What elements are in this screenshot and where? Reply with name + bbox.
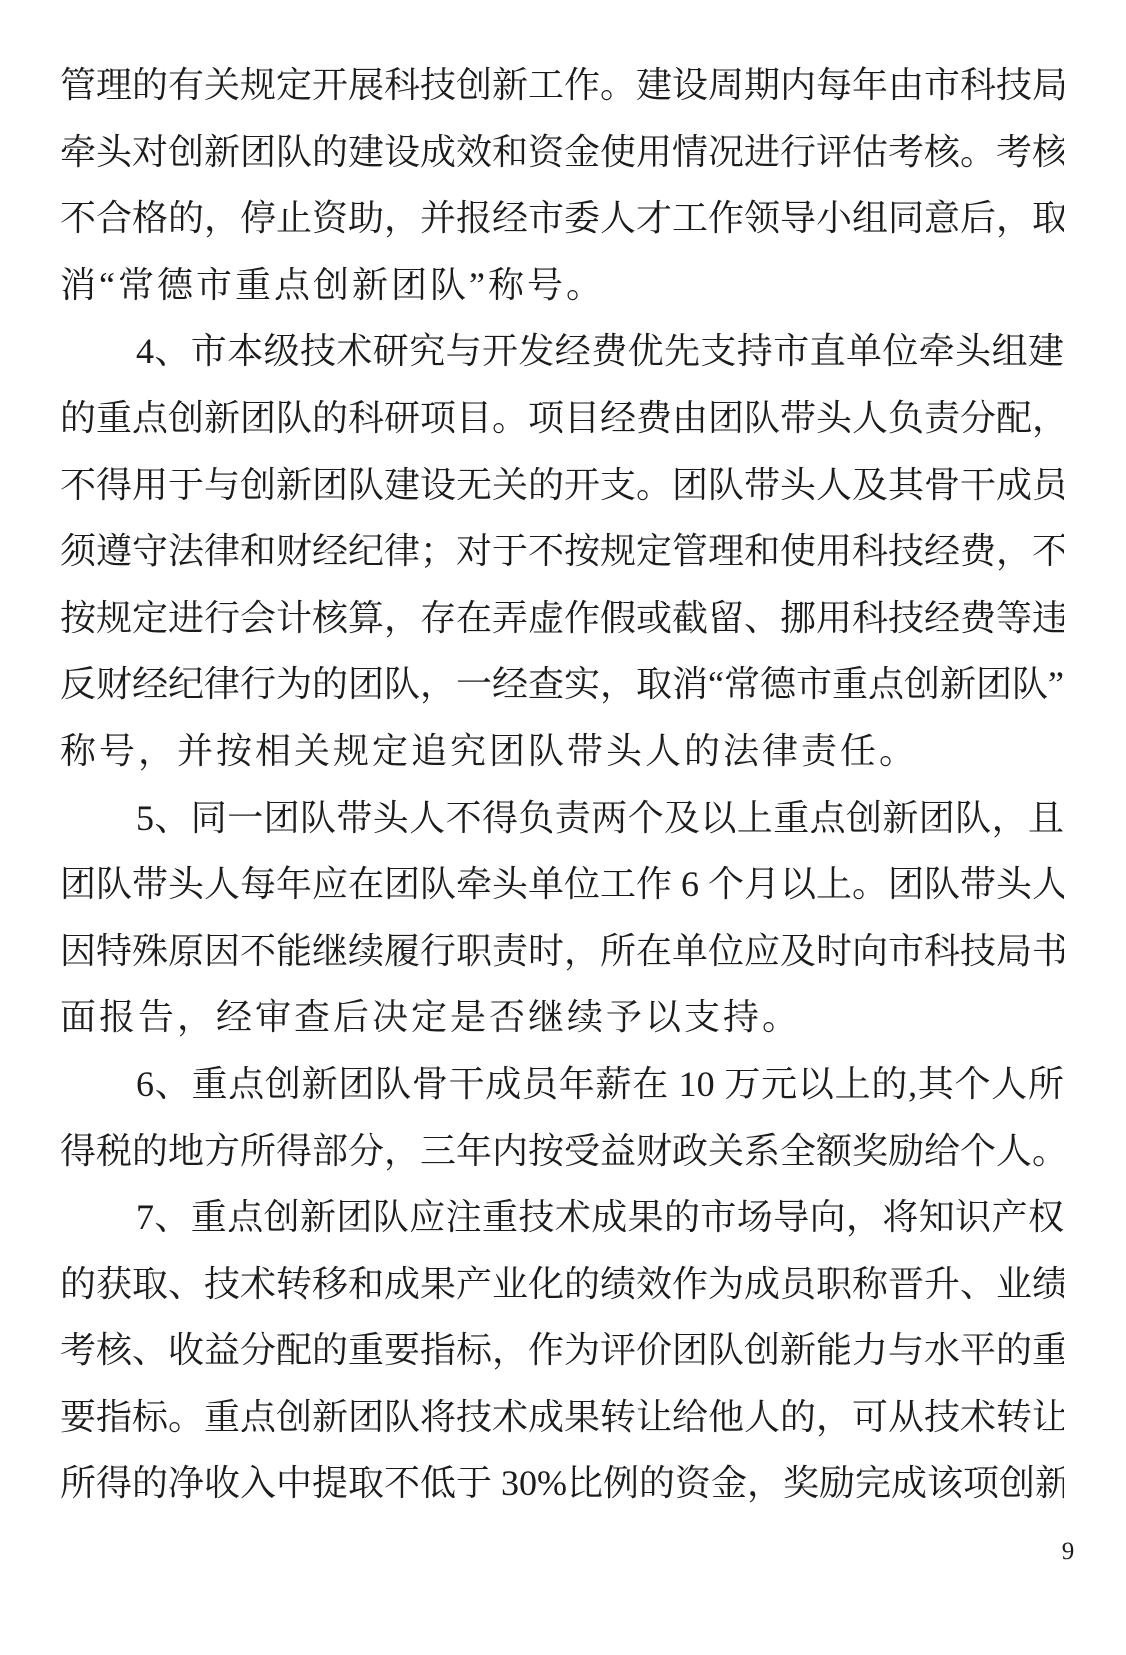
text-line: 所得的净收入中提取不低于 30%比例的资金，奖励完成该项创新 [60,1450,1064,1517]
text-line: 因特殊原因不能继续履行职责时，所在单位应及时向市科技局书 [60,918,1064,985]
text-line: 5、同一团队带头人不得负责两个及以上重点创新团队，且 [60,785,1064,852]
text-line: 团队带头人每年应在团队牵头单位工作 6 个月以上。团队带头人 [60,851,1064,918]
text-line: 得税的地方所得部分，三年内按受益财政关系全额奖励给个人。 [60,1118,1064,1185]
text-line: 7、重点创新团队应注重技术成果的市场导向，将知识产权 [60,1184,1064,1251]
text-line: 的重点创新团队的科研项目。项目经费由团队带头人负责分配， [60,385,1064,452]
document-page: 管理的有关规定开展科技创新工作。建设周期内每年由市科技局牵头对创新团队的建设成效… [0,0,1126,1655]
text-line: 消“常德市重点创新团队”称号。 [60,252,1064,319]
text-line: 管理的有关规定开展科技创新工作。建设周期内每年由市科技局 [60,52,1064,119]
text-line: 6、重点创新团队骨干成员年薪在 10 万元以上的,其个人所 [60,1051,1064,1118]
text-line: 要指标。重点创新团队将技术成果转让给他人的，可从技术转让 [60,1384,1064,1451]
text-line: 4、市本级技术研究与开发经费优先支持市直单位牵头组建 [60,318,1064,385]
text-line: 考核、收益分配的重要指标，作为评价团队创新能力与水平的重 [60,1317,1064,1384]
text-line: 反财经纪律行为的团队，一经查实，取消“常德市重点创新团队” [60,651,1064,718]
text-line: 面报告，经审查后决定是否继续予以支持。 [60,984,1064,1051]
text-line: 称号，并按相关规定追究团队带头人的法律责任。 [60,718,1064,785]
text-line: 不得用于与创新团队建设无关的开支。团队带头人及其骨干成员 [60,452,1064,519]
text-line: 不合格的，停止资助，并报经市委人才工作领导小组同意后，取 [60,185,1064,252]
text-line: 按规定进行会计核算，存在弄虚作假或截留、挪用科技经费等违 [60,585,1064,652]
text-block: 管理的有关规定开展科技创新工作。建设周期内每年由市科技局牵头对创新团队的建设成效… [60,52,1064,1517]
text-line: 须遵守法律和财经纪律；对于不按规定管理和使用科技经费，不 [60,518,1064,585]
page-number: 9 [1046,1538,1090,1566]
text-line: 的获取、技术转移和成果产业化的绩效作为成员职称晋升、业绩 [60,1251,1064,1318]
text-line: 牵头对创新团队的建设成效和资金使用情况进行评估考核。考核 [60,119,1064,186]
